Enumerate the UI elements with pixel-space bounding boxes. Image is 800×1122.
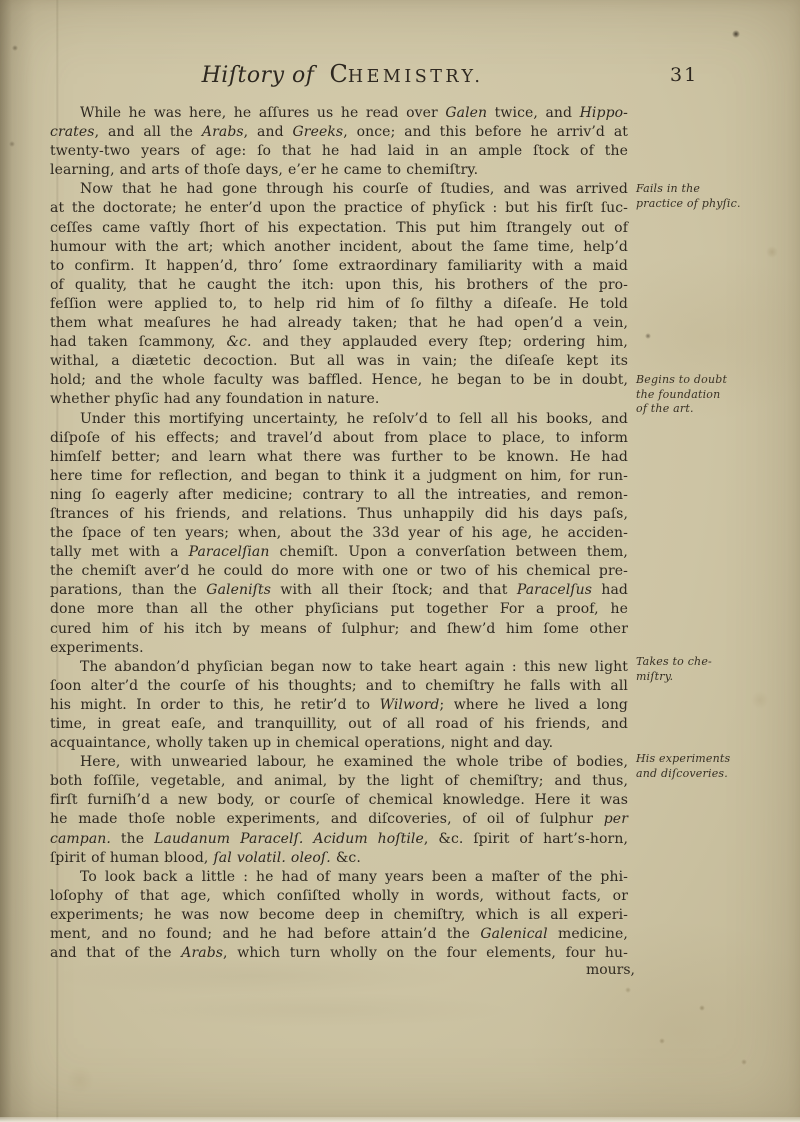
text-span: acquaintance, wholly taken up in chemica…: [50, 735, 553, 751]
side-note: Takes to che-miſtry.: [636, 655, 764, 684]
text-span: The abandon’d phyſician began now to tak…: [80, 659, 628, 675]
text-span: had: [592, 582, 628, 598]
running-header: Hiſtory of CHEMISTRY.: [50, 60, 635, 88]
text-span: Laudanum Paracelſ. Acidum hoſtile: [154, 831, 424, 847]
text-line: loſophy of that age, which conſiſted who…: [50, 887, 628, 906]
text-line: To look back a little : he had of many y…: [50, 868, 628, 887]
text-span: done more than all the other phyſicians …: [50, 601, 628, 617]
text-span: feſſion were applied to, to help rid him…: [50, 296, 628, 312]
text-span: Hippo-: [580, 105, 628, 121]
text-span: Galenical: [480, 926, 547, 942]
text-span: ; where he lived a long: [439, 697, 628, 713]
running-title-initial: C: [329, 60, 347, 88]
text-span: loſophy of that age, which conſiſted who…: [50, 888, 628, 904]
text-line: them what meaſures he had already taken;…: [50, 314, 628, 333]
text-line: Now that he had gone through his courſe …: [50, 180, 628, 199]
text-span: tally met with a: [50, 544, 189, 560]
text-span: experiments; he was now become deep in c…: [50, 907, 628, 923]
text-span: Under this mortifying uncertainty, he re…: [80, 411, 628, 427]
side-note-line: Takes to che-: [636, 655, 764, 670]
text-line: both foſſile, vegetable, and animal, by …: [50, 772, 628, 791]
text-span: Arabs: [181, 945, 223, 961]
text-span: Galeniſts: [206, 582, 271, 598]
text-span: with all their ſtock; and that: [271, 582, 517, 598]
text-span: twice, and: [487, 105, 579, 121]
text-line: he made thoſe noble experiments, and diſ…: [50, 810, 628, 829]
text-line: tally met with a Paracelſian chemiſt. Up…: [50, 543, 628, 562]
side-note-line: miſtry.: [636, 670, 764, 685]
text-line: crates, and all the Arabs, and Greeks, o…: [50, 123, 628, 142]
text-line: cured him of his itch by means of ſulphu…: [50, 620, 628, 639]
text-span: twenty-two years of age: ſo that he had …: [50, 143, 628, 159]
text-line: his might. In order to this, he retir’d …: [50, 696, 628, 715]
side-note-line: Begins to doubt: [636, 373, 764, 388]
text-span: , &c. ſpirit of hart’s-horn,: [424, 831, 628, 847]
paragraph: Now that he had gone through his courſe …: [50, 180, 628, 409]
text-span: hold; and the whole faculty was baffled.…: [50, 372, 628, 388]
text-span: , which turn wholly on the four elements…: [223, 945, 628, 961]
book-page: Hiſtory of CHEMISTRY. 31 While he was he…: [0, 0, 800, 1122]
text-line: withal, a diætetic decoction. But all wa…: [50, 352, 628, 371]
text-line: of quality, that he caught the itch: upo…: [50, 276, 628, 295]
text-span: Here, with unwearied labour, he examined…: [80, 754, 628, 770]
text-span: Greeks: [293, 124, 344, 140]
text-span: To look back a little : he had of many y…: [80, 869, 628, 885]
text-span: himſelf better; and learn what there was…: [50, 449, 628, 465]
text-span: withal, a diætetic decoction. But all wa…: [50, 353, 628, 369]
text-span: chemiſt. Upon a converſation between the…: [270, 544, 628, 560]
text-line: whether phyſic had any foundation in nat…: [50, 390, 628, 409]
text-span: ſtrances of his friends, and relations. …: [50, 506, 628, 522]
text-span: his might. In order to this, he retir’d …: [50, 697, 380, 713]
text-span: While he was here, he aſſures us he read…: [80, 105, 445, 121]
text-span: Arabs: [202, 124, 244, 140]
side-note-line: Fails in the: [636, 182, 764, 197]
text-span: diſpoſe of his effects; and travel’d abo…: [50, 430, 628, 446]
text-line: experiments.: [50, 639, 628, 658]
text-span: firſt furniſh’d a new body, or courſe of…: [50, 792, 628, 808]
paragraph: Under this mortifying uncertainty, he re…: [50, 410, 628, 658]
text-line: ſoon alter’d the courſe of his thoughts;…: [50, 677, 628, 696]
text-span: Paracelſus: [517, 582, 592, 598]
text-span: ſoon alter’d the courſe of his thoughts;…: [50, 678, 628, 694]
text-line: the ſpace of ten years; when, about the …: [50, 524, 628, 543]
text-span: Now that he had gone through his courſe …: [80, 181, 628, 197]
text-span: humour with the art; which another incid…: [50, 239, 628, 255]
text-line: humour with the art; which another incid…: [50, 238, 628, 257]
text-span: of quality, that he caught the itch: upo…: [50, 277, 628, 293]
text-line: and that of the Arabs, which turn wholly…: [50, 944, 628, 963]
text-span: , and: [244, 124, 293, 140]
running-title-caps: HEMISTRY.: [348, 67, 484, 87]
text-line: ceſſes came vaſtly ſhort of his expectat…: [50, 219, 628, 238]
catchword: mours,: [50, 962, 635, 978]
text-line: himſelf better; and learn what there was…: [50, 448, 628, 467]
text-span: the ſpace of ten years; when, about the …: [50, 525, 628, 541]
text-line: time, in great eaſe, and tranquillity, o…: [50, 715, 628, 734]
text-span: Wilword: [380, 697, 440, 713]
text-line: While he was here, he aſſures us he read…: [50, 104, 628, 123]
paragraph: Here, with unwearied labour, he examined…: [50, 753, 628, 868]
side-note-line: practice of phyſic.: [636, 197, 764, 212]
text-span: &c.: [226, 334, 251, 350]
text-line: ſpirit of human blood, ſal volatil. oleo…: [50, 849, 628, 868]
side-note: Fails in thepractice of phyſic.: [636, 182, 764, 211]
text-span: Galen: [445, 105, 487, 121]
text-line: here time for reflection, and began to t…: [50, 467, 628, 486]
side-note-line: of the art.: [636, 402, 764, 417]
text-span: whether phyſic had any foundation in nat…: [50, 391, 379, 407]
text-span: &c.: [331, 850, 361, 866]
text-line: at the doctorate; he enter’d upon the pr…: [50, 199, 628, 218]
text-line: Under this mortifying uncertainty, he re…: [50, 410, 628, 429]
text-line: diſpoſe of his effects; and travel’d abo…: [50, 429, 628, 448]
text-line: campan. the Laudanum Paracelſ. Acidum ho…: [50, 830, 628, 849]
text-span: the chemiſt aver’d he could do more with…: [50, 563, 628, 579]
text-span: per: [604, 811, 628, 827]
side-note: Begins to doubtthe foundationof the art.: [636, 373, 764, 417]
text-span: them what meaſures he had already taken;…: [50, 315, 628, 331]
text-span: medicine,: [548, 926, 628, 942]
text-span: here time for reflection, and began to t…: [50, 468, 628, 484]
page-number: 31: [670, 64, 720, 86]
text-line: feſſion were applied to, to help rid him…: [50, 295, 628, 314]
side-note: His experimentsand diſcoveries.: [636, 752, 764, 781]
text-span: ning ſo eagerly after medicine; contrary…: [50, 487, 628, 503]
text-span: parations, than the: [50, 582, 206, 598]
text-span: and they applauded every ſtep; ordering …: [252, 334, 628, 350]
text-span: both foſſile, vegetable, and animal, by …: [50, 773, 628, 789]
scan-bottom-edge: [0, 1117, 800, 1122]
text-line: experiments; he was now become deep in c…: [50, 906, 628, 925]
text-span: , once; and this before he arriv’d at: [343, 124, 628, 140]
text-span: cured him of his itch by means of ſulphu…: [50, 621, 628, 637]
text-span: Paracelſian: [189, 544, 270, 560]
text-span: ſal volatil. oleoſ.: [214, 850, 331, 866]
text-line: The abandon’d phyſician began now to tak…: [50, 658, 628, 677]
text-span: experiments.: [50, 640, 144, 656]
body-text: While he was here, he aſſures us he read…: [50, 104, 628, 963]
text-span: to confirm. It happen’d, thro’ ſome extr…: [50, 258, 628, 274]
side-note-line: and diſcoveries.: [636, 767, 764, 782]
text-span: had taken ſcammony,: [50, 334, 226, 350]
text-line: twenty-two years of age: ſo that he had …: [50, 142, 628, 161]
text-line: ment, and no found; and he had before at…: [50, 925, 628, 944]
text-span: ſpirit of human blood,: [50, 850, 214, 866]
text-line: ſtrances of his friends, and relations. …: [50, 505, 628, 524]
text-span: and that of the: [50, 945, 181, 961]
text-span: crates: [50, 124, 95, 140]
text-span: ment, and no found; and he had before at…: [50, 926, 480, 942]
paragraph: While he was here, he aſſures us he read…: [50, 104, 628, 180]
text-span: ceſſes came vaſtly ſhort of his expectat…: [50, 220, 628, 236]
paragraph: To look back a little : he had of many y…: [50, 868, 628, 963]
text-span: at the doctorate; he enter’d upon the pr…: [50, 200, 628, 216]
text-line: Here, with unwearied labour, he examined…: [50, 753, 628, 772]
text-line: hold; and the whole faculty was baffled.…: [50, 371, 628, 390]
text-line: the chemiſt aver’d he could do more with…: [50, 562, 628, 581]
text-line: had taken ſcammony, &c. and they applaud…: [50, 333, 628, 352]
running-title-italic: Hiſtory of: [202, 63, 315, 88]
text-line: parations, than the Galeniſts with all t…: [50, 581, 628, 600]
text-span: , and all the: [95, 124, 202, 140]
text-span: the: [111, 831, 154, 847]
paragraph: The abandon’d phyſician began now to tak…: [50, 658, 628, 753]
side-note-line: the foundation: [636, 388, 764, 403]
text-line: to confirm. It happen’d, thro’ ſome extr…: [50, 257, 628, 276]
text-span: campan.: [50, 831, 111, 847]
text-span: learning, and arts of thoſe days, e’er h…: [50, 162, 478, 178]
text-span: time, in great eaſe, and tranquillity, o…: [50, 716, 628, 732]
text-line: acquaintance, wholly taken up in chemica…: [50, 734, 628, 753]
side-note-line: His experiments: [636, 752, 764, 767]
text-line: ning ſo eagerly after medicine; contrary…: [50, 486, 628, 505]
text-line: firſt furniſh’d a new body, or courſe of…: [50, 791, 628, 810]
text-line: done more than all the other phyſicians …: [50, 600, 628, 619]
text-line: learning, and arts of thoſe days, e’er h…: [50, 161, 628, 180]
text-span: he made thoſe noble experiments, and diſ…: [50, 811, 604, 827]
